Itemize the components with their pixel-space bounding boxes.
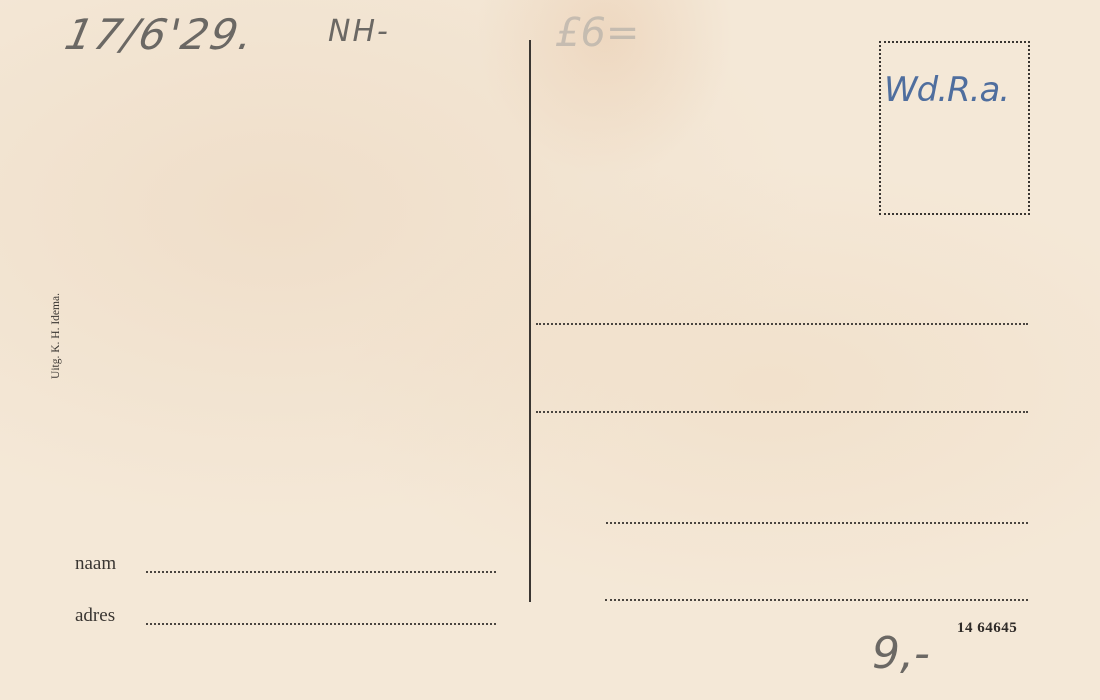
card-number: 14 64645	[957, 620, 1017, 637]
postcard-back: 17/6'29. NH- £6= Uitg. K. H. Idema. naam…	[0, 0, 1100, 700]
recipient-line-3	[606, 522, 1028, 524]
stamp-area-handwriting: Wd.R.a.	[884, 70, 1009, 110]
center-divider	[529, 40, 531, 602]
address-label: adres	[75, 605, 115, 627]
name-line	[146, 571, 496, 573]
faint-pencil-note: £6=	[555, 10, 639, 56]
recipient-line-4	[605, 599, 1028, 601]
recipient-line-2	[536, 411, 1028, 413]
handwritten-initials: NH-	[328, 14, 390, 49]
address-line	[146, 623, 496, 625]
stamp-box	[879, 41, 1030, 215]
handwritten-date: 17/6'29.	[61, 10, 260, 59]
publisher-imprint: Uitg. K. H. Idema.	[50, 266, 62, 406]
handwritten-price: 9,-	[872, 628, 930, 679]
name-label: naam	[75, 553, 116, 575]
recipient-line-1	[536, 323, 1028, 325]
